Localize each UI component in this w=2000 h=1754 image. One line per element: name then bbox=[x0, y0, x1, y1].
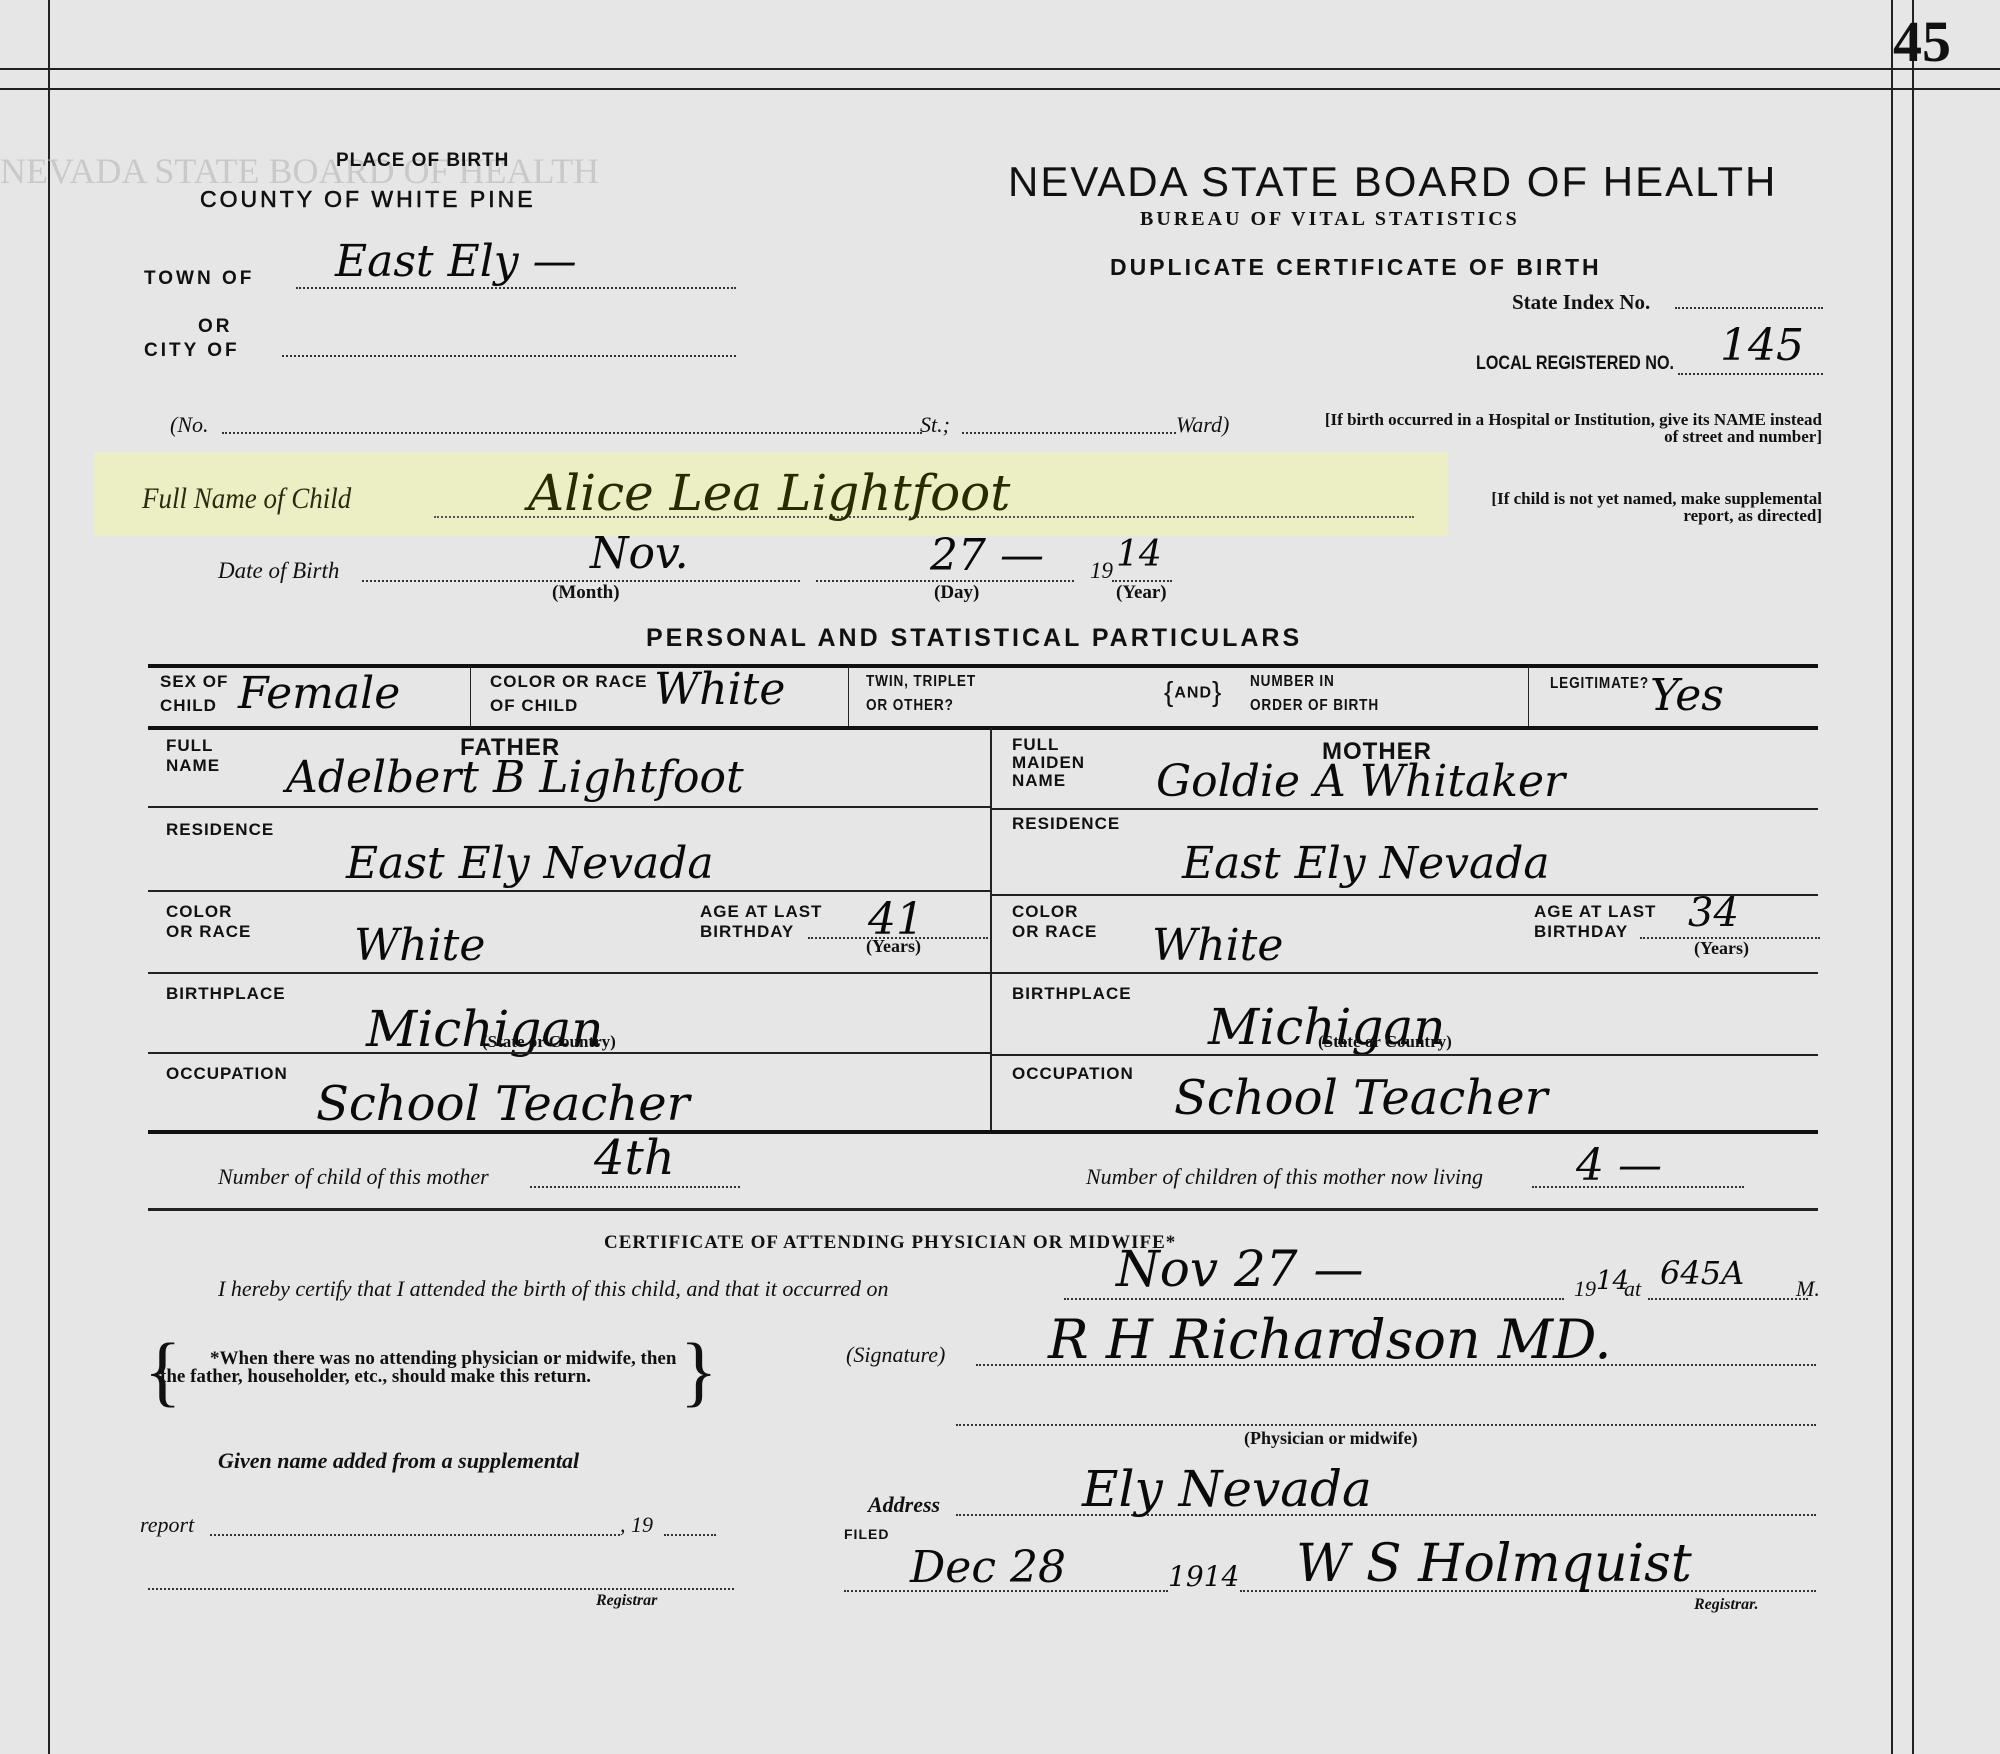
child-name-field[interactable]: Alice Lea Lightfoot bbox=[528, 464, 1010, 522]
mother-residence-field[interactable]: East Ely Nevada bbox=[1182, 838, 1550, 889]
town-field[interactable]: East Ely — bbox=[335, 236, 577, 287]
county-label: COUNTY OF WHITE PINE bbox=[200, 186, 536, 213]
filed-date-field[interactable]: Dec 28 bbox=[910, 1542, 1066, 1593]
ward-label: Ward) bbox=[1176, 412, 1229, 438]
local-registered-field-line bbox=[1678, 373, 1823, 375]
footnote-text: *When there was no attending physician o… bbox=[160, 1350, 680, 1386]
occurred-on-field[interactable]: Nov 27 — bbox=[1116, 1240, 1364, 1298]
father-name-label: FULL NAME bbox=[166, 736, 220, 776]
father-birthplace-rule bbox=[148, 1052, 990, 1054]
street-label: St.; bbox=[920, 412, 950, 438]
local-registered-field[interactable]: 145 bbox=[1720, 320, 1804, 371]
report-year-prefix: , 19 bbox=[620, 1512, 653, 1538]
town-label: TOWN OF bbox=[144, 268, 254, 290]
father-race-field[interactable]: White bbox=[354, 920, 485, 971]
report-year-field-line bbox=[664, 1534, 716, 1536]
dob-year-prefix: 19 bbox=[1090, 558, 1113, 584]
report-field-line bbox=[210, 1534, 620, 1536]
dob-day-field[interactable]: 27 — bbox=[930, 530, 1044, 581]
page-top-rule-2 bbox=[0, 88, 2000, 90]
dob-month-field[interactable]: Nov. bbox=[590, 528, 689, 579]
filed-label: FILED bbox=[844, 1524, 889, 1544]
child-number-field-line bbox=[530, 1186, 740, 1188]
state-index-label: State Index No. bbox=[1512, 290, 1650, 315]
child-name-label: Full Name of Child bbox=[142, 482, 351, 516]
sex-label: SEX OF CHILD bbox=[160, 672, 228, 716]
board-title: NEVADA STATE BOARD OF HEALTH bbox=[1008, 158, 1777, 206]
filed-registrar-field[interactable]: W S Holmquist bbox=[1296, 1534, 1692, 1594]
not-named-note: [If child is not yet named, make supplem… bbox=[1480, 490, 1822, 524]
street-number-label: (No. bbox=[170, 412, 209, 438]
twin-label: TWIN, TRIPLET OR OTHER? bbox=[866, 672, 976, 716]
father-occupation-label: OCCUPATION bbox=[166, 1064, 288, 1084]
row1-divider-2 bbox=[848, 666, 849, 726]
filed-year-field[interactable]: 1914 bbox=[1168, 1560, 1239, 1593]
parents-divider bbox=[990, 728, 992, 1130]
occurred-on-field-line bbox=[1064, 1298, 1564, 1300]
row1-bottom-rule bbox=[148, 726, 1818, 730]
mother-race-field[interactable]: White bbox=[1152, 920, 1283, 971]
page-margin-right-line bbox=[1891, 0, 1893, 1754]
father-residence-field[interactable]: East Ely Nevada bbox=[346, 838, 714, 889]
filed-registrar-caption: Registrar. bbox=[1694, 1596, 1758, 1614]
child-race-label: COLOR OR RACE OF CHILD bbox=[490, 672, 648, 716]
city-field-line bbox=[282, 355, 736, 357]
mother-race-label: COLOR OR RACE bbox=[1012, 902, 1097, 942]
time-suffix: M. bbox=[1796, 1276, 1820, 1302]
living-children-field[interactable]: 4 — bbox=[1576, 1140, 1662, 1191]
father-birthplace-caption: (State or Country) bbox=[482, 1032, 616, 1052]
certificate-title: DUPLICATE CERTIFICATE OF BIRTH bbox=[1110, 254, 1602, 281]
mother-name-rule bbox=[992, 808, 1818, 810]
birth-order-label: NUMBER IN ORDER OF BIRTH bbox=[1250, 672, 1379, 716]
city-label: CITY OF bbox=[144, 340, 240, 362]
father-race-label: COLOR OR RACE bbox=[166, 902, 251, 942]
mother-birthplace-label: BIRTHPLACE bbox=[1012, 984, 1132, 1004]
mother-years-caption: (Years) bbox=[1694, 938, 1749, 959]
mother-residence-label: RESIDENCE bbox=[1012, 814, 1120, 834]
mother-occupation-field[interactable]: School Teacher bbox=[1174, 1070, 1548, 1126]
children-bottom-rule bbox=[148, 1208, 1818, 1211]
father-years-caption: (Years) bbox=[866, 936, 921, 957]
supplemental-registrar-line bbox=[148, 1588, 734, 1590]
living-children-label: Number of children of this mother now li… bbox=[1086, 1164, 1483, 1190]
supplemental-text: Given name added from a supplemental bbox=[218, 1448, 579, 1474]
address-label: Address bbox=[868, 1492, 940, 1518]
page-top-rule bbox=[0, 68, 2000, 70]
signature-label: (Signature) bbox=[846, 1342, 945, 1368]
occurred-year-prefix: 19 bbox=[1574, 1276, 1596, 1302]
page-margin-right-line-2 bbox=[1912, 0, 1914, 1754]
page-margin-left-line bbox=[48, 0, 50, 1754]
report-label: report bbox=[140, 1512, 194, 1538]
sex-field[interactable]: Female bbox=[238, 668, 400, 719]
child-number-label: Number of child of this mother bbox=[218, 1164, 489, 1190]
place-of-birth-heading: PLACE OF BIRTH bbox=[336, 150, 509, 172]
signature-second-line bbox=[956, 1424, 1816, 1426]
mother-occupation-label: OCCUPATION bbox=[1012, 1064, 1134, 1084]
mother-name-label: FULL MAIDEN NAME bbox=[1012, 736, 1085, 790]
father-name-rule bbox=[148, 806, 990, 808]
local-registered-label: LOCAL REGISTERED NO. bbox=[1476, 353, 1674, 375]
mother-age-field[interactable]: 34 bbox=[1688, 890, 1739, 936]
mother-age-label: AGE AT LAST BIRTHDAY bbox=[1534, 902, 1656, 942]
father-name-field[interactable]: Adelbert B Lightfoot bbox=[286, 752, 744, 803]
physician-caption: (Physician or midwife) bbox=[1244, 1428, 1418, 1449]
time-field[interactable]: 645A bbox=[1660, 1254, 1744, 1292]
father-birthplace-label: BIRTHPLACE bbox=[166, 984, 286, 1004]
father-occupation-field[interactable]: School Teacher bbox=[316, 1076, 690, 1132]
signature-field[interactable]: R H Richardson MD. bbox=[1048, 1308, 1612, 1371]
dob-year-field[interactable]: 14 bbox=[1116, 534, 1162, 575]
dob-month-caption: (Month) bbox=[552, 582, 620, 604]
child-race-field[interactable]: White bbox=[654, 664, 785, 715]
legitimate-field[interactable]: Yes bbox=[1650, 670, 1724, 721]
or-label: OR bbox=[198, 316, 233, 338]
bureau-subtitle: BUREAU OF VITAL STATISTICS bbox=[1140, 208, 1520, 231]
street-field-line bbox=[962, 432, 1176, 434]
particulars-heading: PERSONAL AND STATISTICAL PARTICULARS bbox=[646, 624, 1302, 653]
father-residence-label: RESIDENCE bbox=[166, 820, 274, 840]
hospital-note: [If birth occurred in a Hospital or Inst… bbox=[1312, 411, 1822, 445]
town-field-line bbox=[296, 287, 736, 289]
at-label: at bbox=[1624, 1276, 1641, 1302]
street-number-field-line bbox=[222, 432, 922, 434]
and-label: {AND} bbox=[1164, 682, 1222, 704]
dob-day-caption: (Day) bbox=[934, 582, 979, 604]
mother-race-rule bbox=[992, 972, 1818, 974]
legitimate-label: LEGITIMATE? bbox=[1550, 674, 1649, 694]
mother-birthplace-rule bbox=[992, 1054, 1818, 1056]
row1-divider-1 bbox=[470, 666, 471, 726]
supplemental-registrar-caption: Registrar bbox=[596, 1592, 657, 1610]
mother-name-field[interactable]: Goldie A Whitaker bbox=[1156, 756, 1565, 807]
row1-divider-3 bbox=[1528, 666, 1529, 726]
father-age-label: AGE AT LAST BIRTHDAY bbox=[700, 902, 822, 942]
page-number: 45 bbox=[1893, 8, 1951, 75]
address-field[interactable]: Ely Nevada bbox=[1082, 1460, 1372, 1518]
dob-year-caption: (Year) bbox=[1116, 582, 1167, 604]
footnote-brace-right: } bbox=[680, 1332, 717, 1410]
certify-text: I hereby certify that I attended the bir… bbox=[218, 1276, 888, 1302]
parents-bottom-rule bbox=[148, 1130, 1818, 1134]
child-number-field[interactable]: 4th bbox=[594, 1130, 675, 1186]
state-index-field-line bbox=[1675, 307, 1823, 309]
physician-heading: CERTIFICATE OF ATTENDING PHYSICIAN OR MI… bbox=[604, 1232, 1176, 1254]
father-residence-rule bbox=[148, 890, 990, 892]
mother-birthplace-caption: (State or Country) bbox=[1318, 1032, 1452, 1052]
father-race-rule bbox=[148, 972, 990, 974]
time-field-line bbox=[1648, 1298, 1808, 1300]
dob-label: Date of Birth bbox=[218, 558, 339, 584]
